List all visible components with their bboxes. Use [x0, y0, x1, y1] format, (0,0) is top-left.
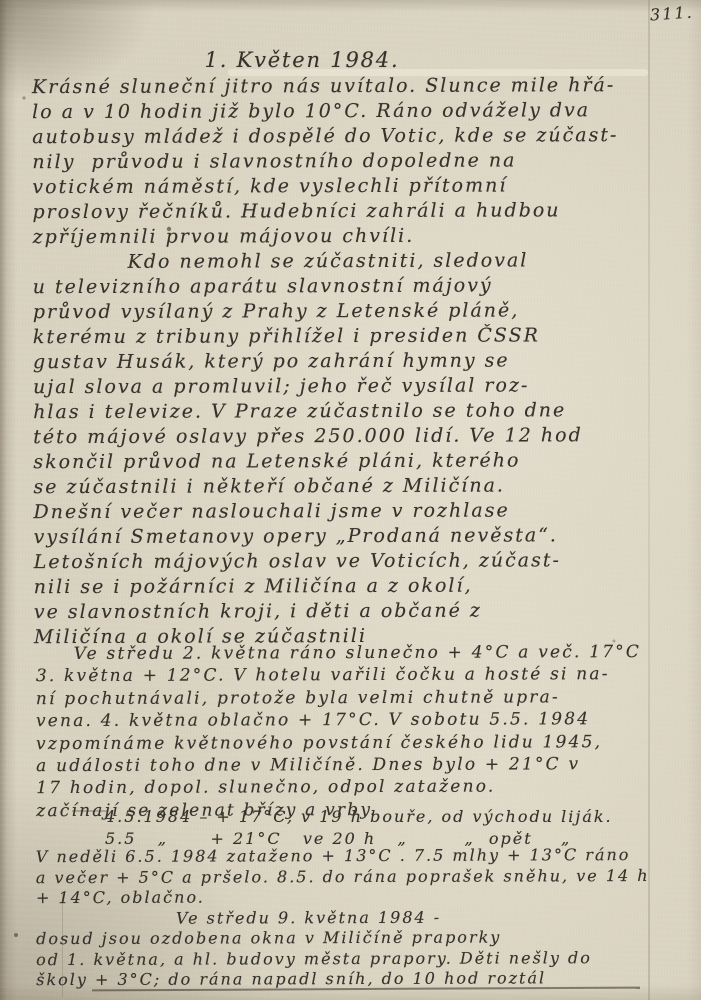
handwritten-line: votickém náměstí, kde vyslechli přítomní — [32, 173, 692, 200]
handwritten-line: vena. 4. května oblačno + 17°C. V sobotu… — [36, 708, 696, 733]
handwritten-line: a události toho dne v Miličíně. Dnes byl… — [36, 753, 696, 778]
chronicle-page: 311. 1. Květen 1984. Krásné sluneční jit… — [0, 0, 701, 1000]
handwritten-line: 4.5.1984 – + 17°C, v 19 h bouře, od vých… — [105, 806, 685, 828]
handwritten-line: vysílání Smetanovy opery „Prodaná nevěst… — [34, 523, 694, 550]
paper-specks — [0, 0, 2, 2]
handwritten-line: Krásné sluneční jitro nás uvítalo. Slunc… — [32, 73, 692, 100]
handwritten-line: vzpomínáme květnového povstání českého l… — [36, 730, 696, 755]
handwritten-line: nili se i požárníci z Miličína a z okolí… — [34, 573, 694, 600]
handwritten-line: ujal slova a promluvil; jeho řeč vysílal… — [33, 373, 693, 400]
handwritten-line: zpříjemnili prvou májovou chvíli. — [33, 223, 693, 250]
handwritten-line: se zúčastnili i někteří občané z Miličín… — [33, 473, 693, 500]
handwritten-line: průvod vysílaný z Prahy z Letenské pláně… — [33, 298, 693, 325]
handwritten-line: skončil průvod na Letenské pláni, kteréh… — [33, 448, 693, 475]
handwritten-line: kterému z tribuny přihlížel i presiden Č… — [33, 323, 693, 350]
handwritten-line: + 14°C, oblačno. — [36, 886, 696, 909]
handwritten-line: 3. května + 12°C. V hotelu vařili čočku … — [36, 663, 696, 688]
page-number: 311. — [649, 3, 694, 25]
handwritten-line: Ve středu 2. května ráno slunečno + 4°C … — [36, 641, 696, 666]
handwritten-line: a večer + 5°C a pršelo. 8.5. do rána pop… — [36, 865, 696, 888]
handwritten-line: V neděli 6.5. 1984 zataženo + 13°C . 7.5… — [36, 845, 696, 868]
handwritten-line: této májové oslavy přes 250.000 lidí. Ve… — [33, 423, 693, 450]
handwritten-line: 17 hodin, dopol. slunečno, odpol zatažen… — [36, 775, 696, 800]
handwritten-line: lo a v 10 hodin již bylo 10°C. Ráno odvá… — [32, 98, 692, 125]
paragraph-may-day: Krásné sluneční jitro nás uvítalo. Slunc… — [32, 73, 694, 650]
handwritten-line: dosud jsou ozdobena okna v Miličíně prap… — [36, 927, 696, 950]
handwritten-line: ve slavnostních kroji, i děti a občané z — [34, 598, 694, 625]
paragraph-weather-table: 4.5.1984 – + 17°C, v 19 h bouře, od vých… — [105, 806, 685, 850]
handwritten-line: Dnešní večer naslouchali jsme v rozhlase — [33, 498, 693, 525]
handwritten-line: hlas i televize. V Praze zúčastnilo se t… — [33, 398, 693, 425]
handwritten-line: Ve středu 9. května 1984 - — [36, 906, 696, 929]
handwritten-line: gustav Husák, který po zahrání hymny se — [33, 348, 693, 375]
entry-title: 1. Květen 1984. — [152, 48, 452, 72]
handwritten-line: Letošních májových oslav ve Voticích, zú… — [34, 548, 694, 575]
paragraph-weather-early-may: Ve středu 2. května ráno slunečno + 4°C … — [36, 641, 697, 822]
handwritten-line: u televizního aparátu slavnostní májový — [33, 273, 693, 300]
handwritten-line: autobusy mládež i dospělé do Votic, kde … — [32, 123, 692, 150]
handwritten-line: ní pochutnávali, protože byla velmi chut… — [36, 686, 696, 711]
paragraph-weather-late: V neděli 6.5. 1984 zataženo + 13°C . 7.5… — [36, 845, 696, 991]
handwritten-line: od 1. května, a hl. budovy města prapory… — [36, 947, 696, 970]
handwritten-line: proslovy řečníků. Hudebníci zahráli a hu… — [32, 198, 692, 225]
handwritten-line: nily průvodu i slavnostního dopoledne na — [32, 148, 692, 175]
handwritten-line: Kdo nemohl se zúčastniti, sledoval — [33, 248, 693, 275]
